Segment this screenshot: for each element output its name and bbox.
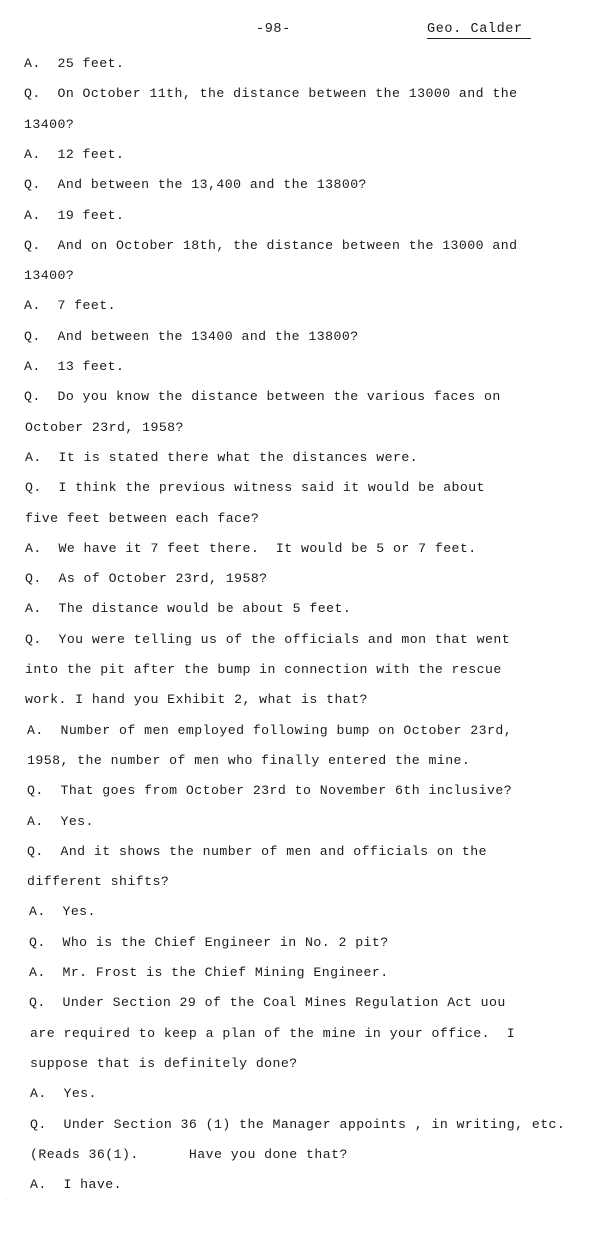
transcript-line: October 23rd, 1958? bbox=[25, 418, 184, 438]
transcript-line: A. Number of men employed following bump… bbox=[27, 721, 512, 741]
transcript-line: suppose that is definitely done? bbox=[30, 1054, 298, 1074]
transcript-line: A. 25 feet. bbox=[24, 54, 124, 74]
transcript-line: different shifts? bbox=[27, 872, 169, 892]
transcript-line: Q. Under Section 29 of the Coal Mines Re… bbox=[29, 993, 506, 1013]
transcript-line: Q. And between the 13400 and the 13800? bbox=[24, 327, 359, 347]
transcript-line: Q. I think the previous witness said it … bbox=[25, 478, 485, 498]
transcript-line: (Reads 36(1). Have you done that? bbox=[30, 1145, 348, 1165]
transcript-line: A. Yes. bbox=[27, 812, 94, 832]
scan-speck: · bbox=[4, 1197, 7, 1201]
transcript-line: Q. You were telling us of the officials … bbox=[25, 630, 510, 650]
transcript-line: A. We have it 7 feet there. It would be … bbox=[25, 539, 477, 559]
transcript-line: Q. And on October 18th, the distance bet… bbox=[24, 236, 517, 256]
transcript-line: Q. Under Section 36 (1) the Manager appo… bbox=[30, 1115, 565, 1135]
transcript-line: 13400? bbox=[24, 115, 74, 135]
transcript-line: A. The distance would be about 5 feet. bbox=[25, 599, 351, 619]
transcript-line: Q. On October 11th, the distance between… bbox=[24, 84, 517, 104]
transcript-line: Q. And it shows the number of men and of… bbox=[27, 842, 487, 862]
transcript-line: A. Yes. bbox=[30, 1084, 97, 1104]
transcript-line: A. Yes. bbox=[29, 902, 96, 922]
transcript-line: Q. That goes from October 23rd to Novemb… bbox=[27, 781, 512, 801]
transcript-line: work. I hand you Exhibit 2, what is that… bbox=[25, 690, 368, 710]
transcript-line: into the pit after the bump in connectio… bbox=[25, 660, 502, 680]
transcript-line: A. 13 feet. bbox=[24, 357, 124, 377]
transcript-line: A. 12 feet. bbox=[24, 145, 124, 165]
transcript-line: Q. As of October 23rd, 1958? bbox=[25, 569, 268, 589]
transcript-line: five feet between each face? bbox=[25, 509, 259, 529]
transcript-line: are required to keep a plan of the mine … bbox=[30, 1024, 515, 1044]
transcript-line: Q. And between the 13,400 and the 13800? bbox=[24, 175, 367, 195]
transcript-line: A. 19 feet. bbox=[24, 206, 124, 226]
page-number: -98- bbox=[256, 22, 291, 37]
transcript-line: A. Mr. Frost is the Chief Mining Enginee… bbox=[29, 963, 389, 983]
transcript-page: -98- Geo. Calder A. 25 feet.Q. On Octobe… bbox=[0, 0, 610, 1238]
transcript-line: A. It is stated there what the distances… bbox=[25, 448, 418, 468]
witness-name: Geo. Calder bbox=[427, 22, 531, 39]
page-header: -98- Geo. Calder bbox=[0, 22, 610, 42]
transcript-line: 13400? bbox=[24, 266, 74, 286]
transcript-line: A. 7 feet. bbox=[24, 296, 116, 316]
transcript-line: 1958, the number of men who finally ente… bbox=[27, 751, 470, 771]
transcript-line: Q. Who is the Chief Engineer in No. 2 pi… bbox=[29, 933, 389, 953]
transcript-line: A. I have. bbox=[30, 1175, 122, 1195]
transcript-line: Q. Do you know the distance between the … bbox=[24, 387, 501, 407]
